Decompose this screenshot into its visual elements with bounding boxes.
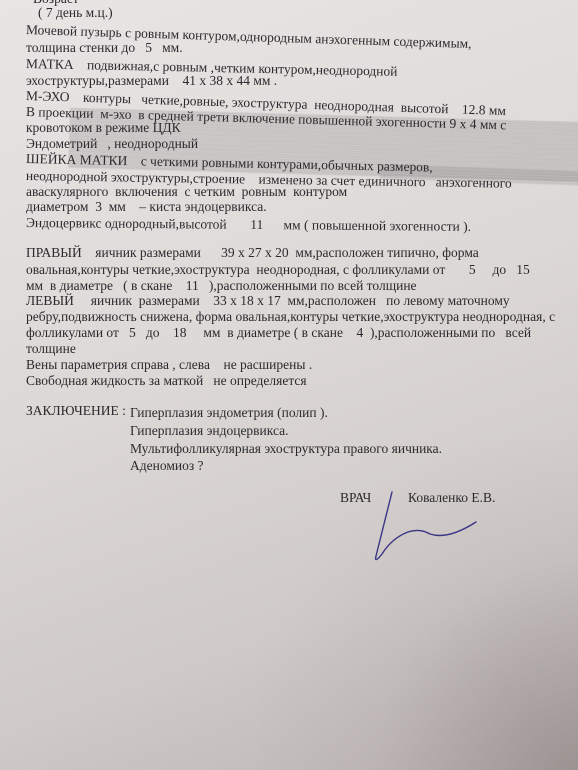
cervix-line-5: Эндоцервикс однородный,высотой 11 мм ( п… xyxy=(26,215,471,234)
left-ovary-line-1: ЛЕВЫЙ яичник размерами 33 х 18 х 17 мм,р… xyxy=(26,293,510,308)
uterus-line-2: эхоструктуры,размерами 41 х 38 х 44 мм . xyxy=(26,73,277,88)
cervix-line-4: диаметром 3 мм – киста эндоцервикса. xyxy=(26,199,267,214)
m-echo-line-3: кровотоком в режиме ЦДК xyxy=(26,120,181,135)
endometrium: Эндометрий , неоднородный xyxy=(26,136,198,151)
conclusion-item: Гиперплазия эндоцервикса. xyxy=(130,423,289,438)
cycle-day: ( 7 день м.ц.) xyxy=(38,5,113,20)
left-ovary-line-4: толщине xyxy=(26,341,76,356)
parametrium-veins: Вены параметрия справа , слева не расшир… xyxy=(26,357,312,372)
cervix-line-3: аваскулярного включения с четким ровным … xyxy=(26,184,347,199)
conclusion-item: Мультифолликулярная эхоструктура правого… xyxy=(130,441,442,456)
doctor-role: ВРАЧ xyxy=(340,490,371,505)
handwritten-signature xyxy=(368,486,478,566)
free-fluid: Свободная жидкость за маткой не определя… xyxy=(26,373,307,388)
left-ovary-line-2: ребру,подвижность снижена, форма овальна… xyxy=(26,309,555,324)
conclusion-item: Аденомиоз ? xyxy=(130,458,204,473)
right-ovary-line-3: мм в диаметре ( в скане 11 ),расположенн… xyxy=(26,278,417,293)
conclusion-label: ЗАКЛЮЧЕНИЕ : xyxy=(26,403,126,418)
conclusion-item: Гиперплазия эндометрия (полип ). xyxy=(130,405,328,420)
left-ovary-line-3: фолликулами от 5 до 18 мм в диаметре ( в… xyxy=(26,325,531,340)
right-ovary-line-2: овальная,контуры четкие,эхоструктура нео… xyxy=(26,262,530,277)
right-ovary-line-1: ПРАВЫЙ яичник размерами 39 х 27 х 20 мм,… xyxy=(26,245,479,260)
scanned-document-page: Возраст ( 7 день м.ц.) Мочевой пузырь с … xyxy=(0,0,578,770)
bladder-line-2: толщина стенки до 5 мм. xyxy=(26,40,183,55)
